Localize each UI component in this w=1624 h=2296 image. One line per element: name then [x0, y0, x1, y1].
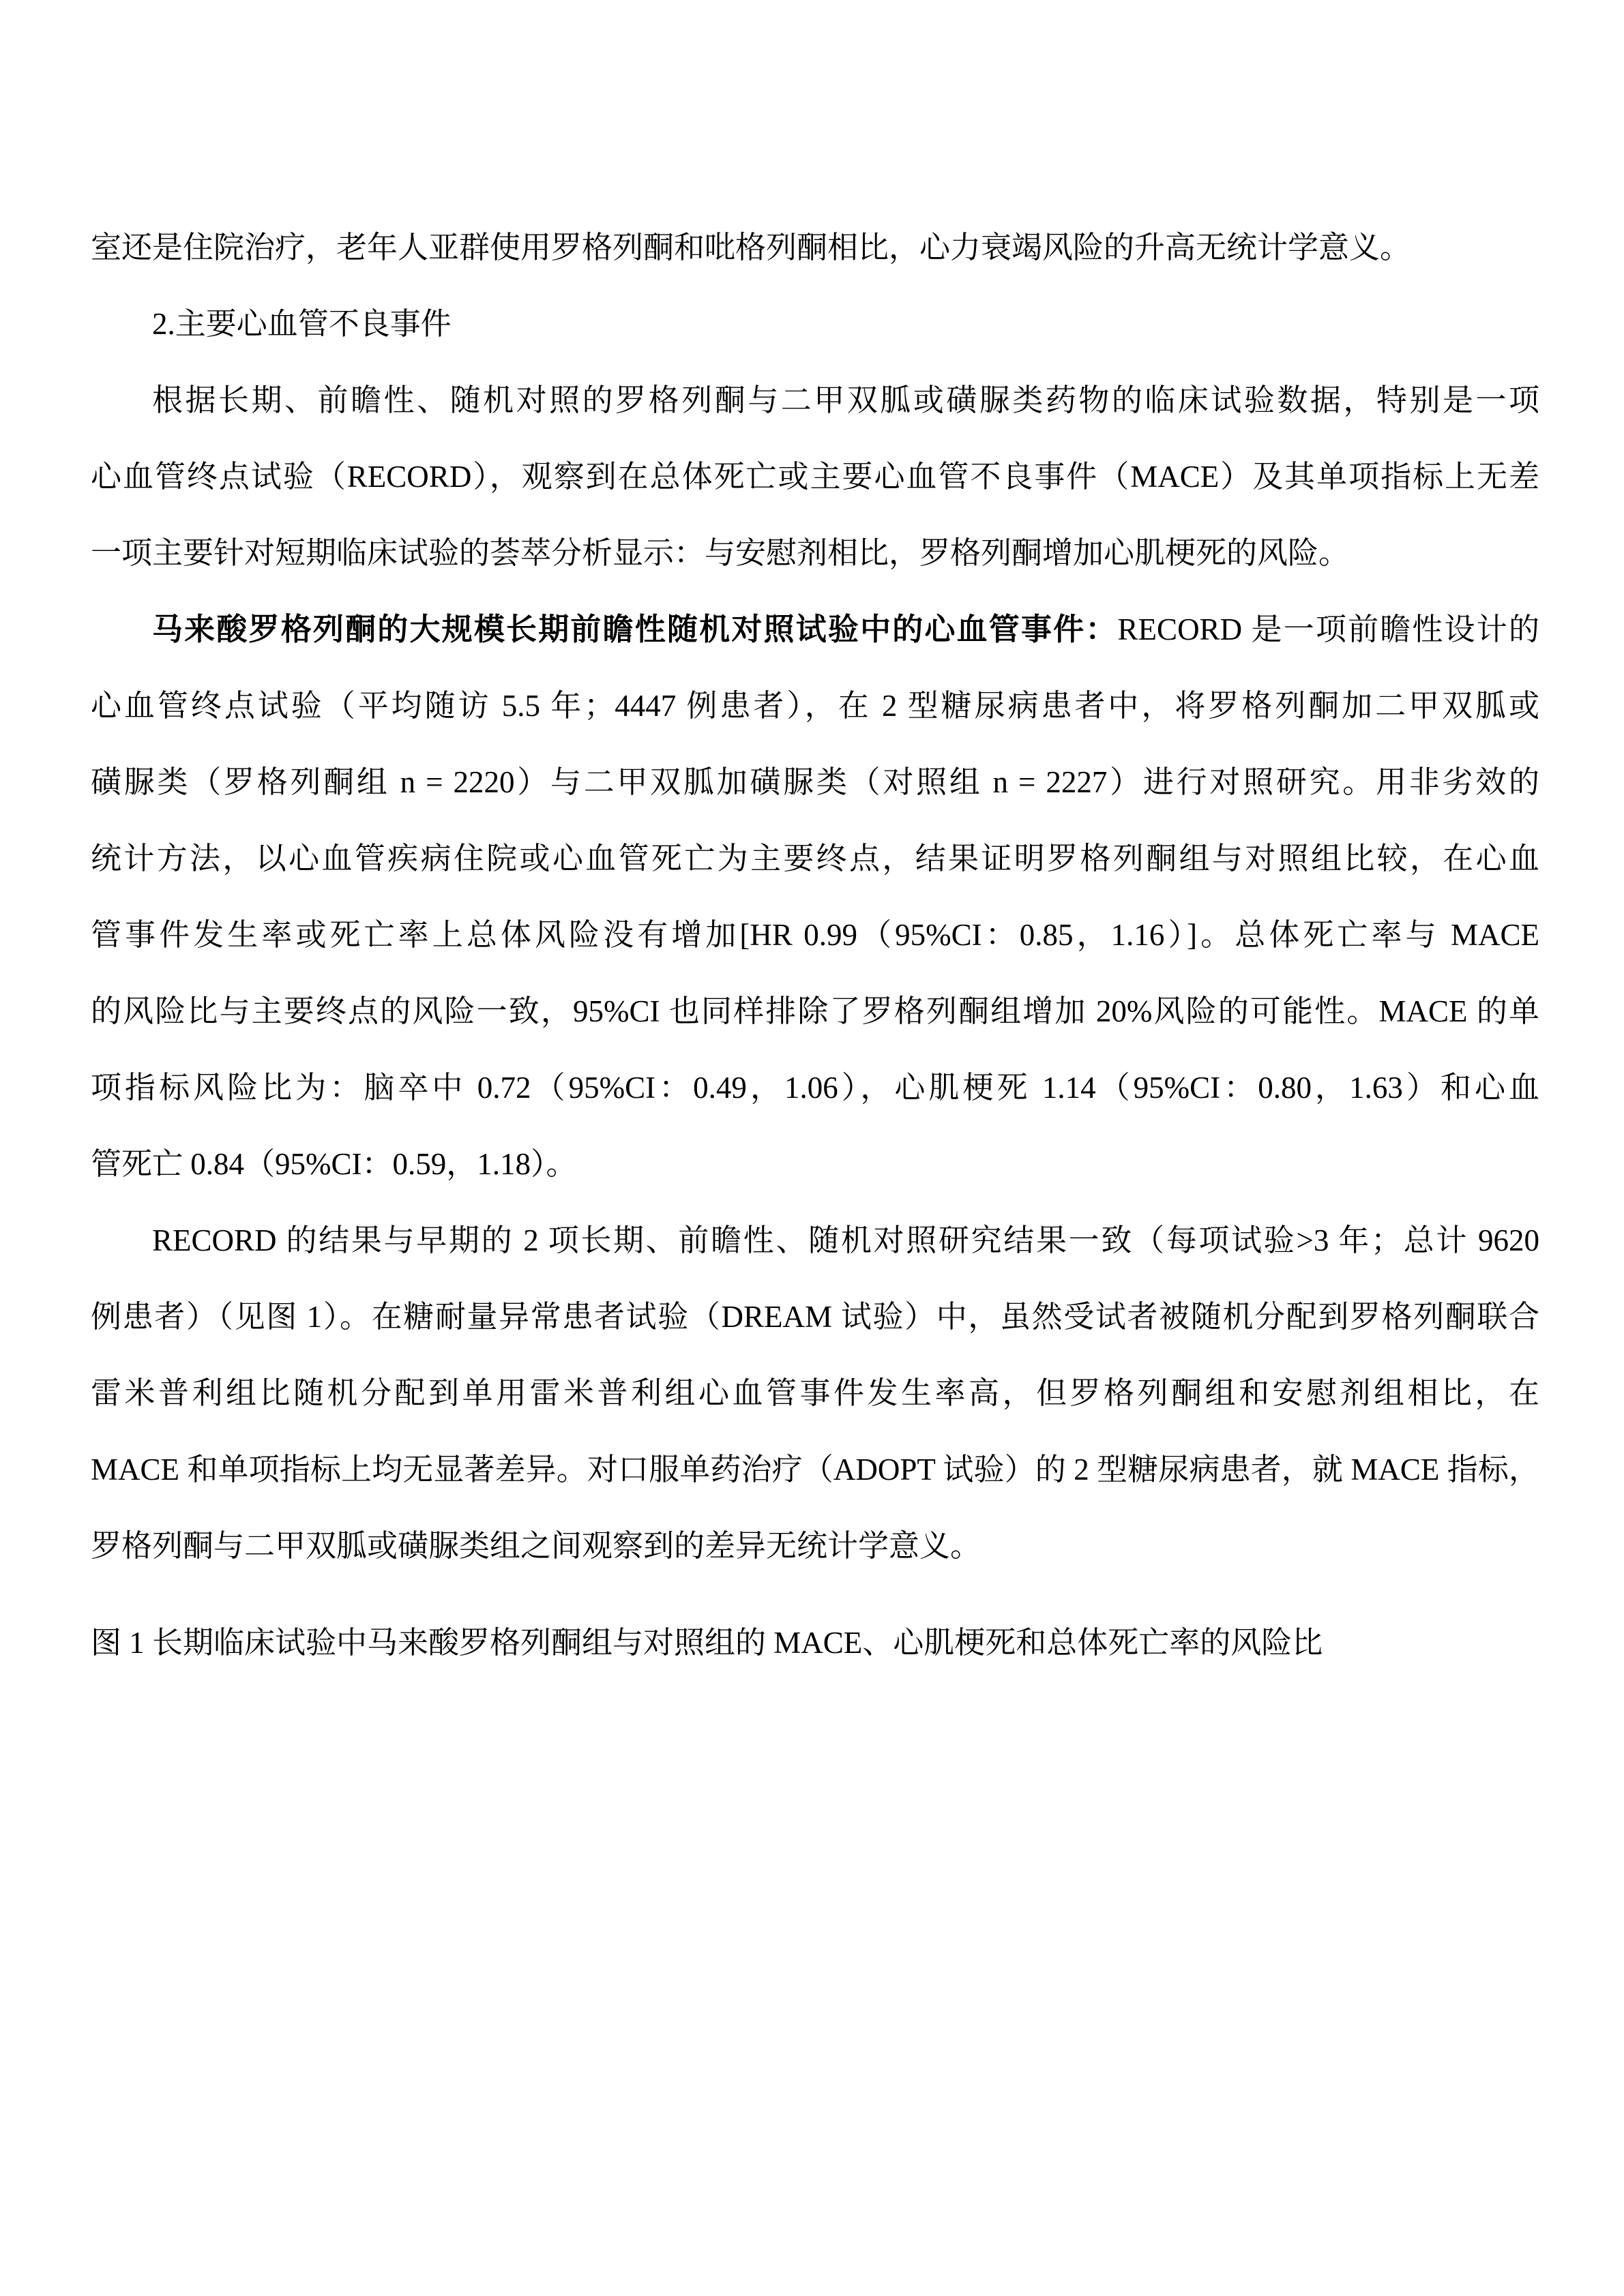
- text-segment: 雷米普利组比随机分配到单用雷米普利组心血管事件发生率高，但罗格列酮组和安慰剂组相…: [91, 1376, 1539, 1410]
- text-line: 雷米普利组比随机分配到单用雷米普利组心血管事件发生率高，但罗格列酮组和安慰剂组相…: [91, 1355, 1539, 1431]
- text-line: 管事件发生率或死亡率上总体风险没有增加[HR 0.99（95%CI：0.85，1…: [91, 897, 1539, 973]
- text-segment: RECORD 是一项前瞻性设计的: [1118, 612, 1539, 646]
- text-line: 罗格列酮与二甲双胍或磺脲类组之间观察到的差异无统计学意义。: [91, 1508, 1539, 1584]
- text-segment: 室还是住院治疗，老年人亚群使用罗格列酮和吡格列酮相比，心力衰竭风险的升高无统计学…: [91, 230, 1411, 265]
- text-segment: 的风险比与主要终点的风险一致，95%CI 也同样排除了罗格列酮组增加 20%风险…: [91, 994, 1539, 1028]
- text-line: 心血管终点试验（RECORD），观察到在总体死亡或主要心血管不良事件（MACE）…: [91, 438, 1539, 515]
- text-line: 磺脲类（罗格列酮组 n = 2220）与二甲双胍加磺脲类（对照组 n = 222…: [91, 744, 1539, 820]
- text-segment: 心血管终点试验（平均随访 5.5 年；4447 例患者），在 2 型糖尿病患者中…: [91, 689, 1539, 723]
- bold-heading-segment: 马来酸罗格列酮的大规模长期前瞻性随机对照试验中的心血管事件：: [152, 612, 1118, 646]
- text-segment: 管死亡 0.84（95%CI：0.59，1.18）。: [91, 1147, 577, 1181]
- text-segment: 磺脲类（罗格列酮组 n = 2220）与二甲双胍加磺脲类（对照组 n = 222…: [91, 765, 1539, 799]
- text-segment: 心血管终点试验（RECORD），观察到在总体死亡或主要心血管不良事件（MACE）…: [91, 460, 1539, 515]
- document-page: 室还是住院治疗，老年人亚群使用罗格列酮和吡格列酮相比，心力衰竭风险的升高无统计学…: [0, 0, 1624, 2296]
- text-line: RECORD 的结果与早期的 2 项长期、前瞻性、随机对照研究结果一致（每项试验…: [91, 1202, 1539, 1279]
- text-segment: 2.主要心血管不良事件: [152, 307, 452, 341]
- document-text-block: 室还是住院治疗，老年人亚群使用罗格列酮和吡格列酮相比，心力衰竭风险的升高无统计学…: [91, 209, 1539, 1681]
- text-line: 项指标风险比为：脑卒中 0.72（95%CI：0.49，1.06），心肌梗死 1…: [91, 1049, 1539, 1126]
- text-segment: RECORD 的结果与早期的 2 项长期、前瞻性、随机对照研究结果一致（每项试验…: [152, 1223, 1539, 1257]
- figure-caption: 图 1 长期临床试验中马来酸罗格列酮组与对照组的 MACE、心肌梗死和总体死亡率…: [91, 1605, 1539, 1681]
- text-line: 2.主要心血管不良事件: [91, 286, 1539, 362]
- text-segment: 罗格列酮与二甲双胍或磺脲类组之间观察到的差异无统计学意义。: [91, 1529, 981, 1563]
- text-line: 例患者）（见图 1）。在糖耐量异常患者试验（DREAM 试验）中，虽然受试者被随…: [91, 1279, 1539, 1355]
- text-segment: MACE 和单项指标上均无显著差异。对口服单药治疗（ADOPT 试验）的 2 型…: [91, 1452, 1539, 1487]
- text-line: MACE 和单项指标上均无显著差异。对口服单药治疗（ADOPT 试验）的 2 型…: [91, 1431, 1539, 1508]
- text-segment: 统计方法，以心血管疾病住院或心血管死亡为主要终点，结果证明罗格列酮组与对照组比较…: [91, 841, 1539, 876]
- text-segment: 管事件发生率或死亡率上总体风险没有增加[HR 0.99（95%CI：0.85，1…: [91, 918, 1539, 952]
- text-segment: 根据长期、前瞻性、随机对照的罗格列酮与二甲双胍或磺脲类药物的临床试验数据，特别是…: [152, 383, 1539, 417]
- text-segment: 例患者）（见图 1）。在糖耐量异常患者试验（DREAM 试验）中，虽然受试者被随…: [91, 1300, 1539, 1334]
- text-line: 马来酸罗格列酮的大规模长期前瞻性随机对照试验中的心血管事件：RECORD 是一项…: [91, 591, 1539, 668]
- text-segment: 项指标风险比为：脑卒中 0.72（95%CI：0.49，1.06），心肌梗死 1…: [91, 1071, 1539, 1105]
- text-line: 管死亡 0.84（95%CI：0.59，1.18）。: [91, 1126, 1539, 1202]
- text-line: 室还是住院治疗，老年人亚群使用罗格列酮和吡格列酮相比，心力衰竭风险的升高无统计学…: [91, 209, 1539, 286]
- text-line: 一项主要针对短期临床试验的荟萃分析显示：与安慰剂相比，罗格列酮增加心肌梗死的风险…: [91, 515, 1539, 591]
- text-line: 的风险比与主要终点的风险一致，95%CI 也同样排除了罗格列酮组增加 20%风险…: [91, 973, 1539, 1049]
- text-segment: 一项主要针对短期临床试验的荟萃分析显示：与安慰剂相比，罗格列酮增加心肌梗死的风险…: [91, 536, 1349, 570]
- text-line: 根据长期、前瞻性、随机对照的罗格列酮与二甲双胍或磺脲类药物的临床试验数据，特别是…: [91, 362, 1539, 438]
- text-line: 统计方法，以心血管疾病住院或心血管死亡为主要终点，结果证明罗格列酮组与对照组比较…: [91, 820, 1539, 897]
- text-line: 心血管终点试验（平均随访 5.5 年；4447 例患者），在 2 型糖尿病患者中…: [91, 668, 1539, 744]
- text-segment: 图 1 长期临床试验中马来酸罗格列酮组与对照组的 MACE、心肌梗死和总体死亡率…: [91, 1626, 1323, 1660]
